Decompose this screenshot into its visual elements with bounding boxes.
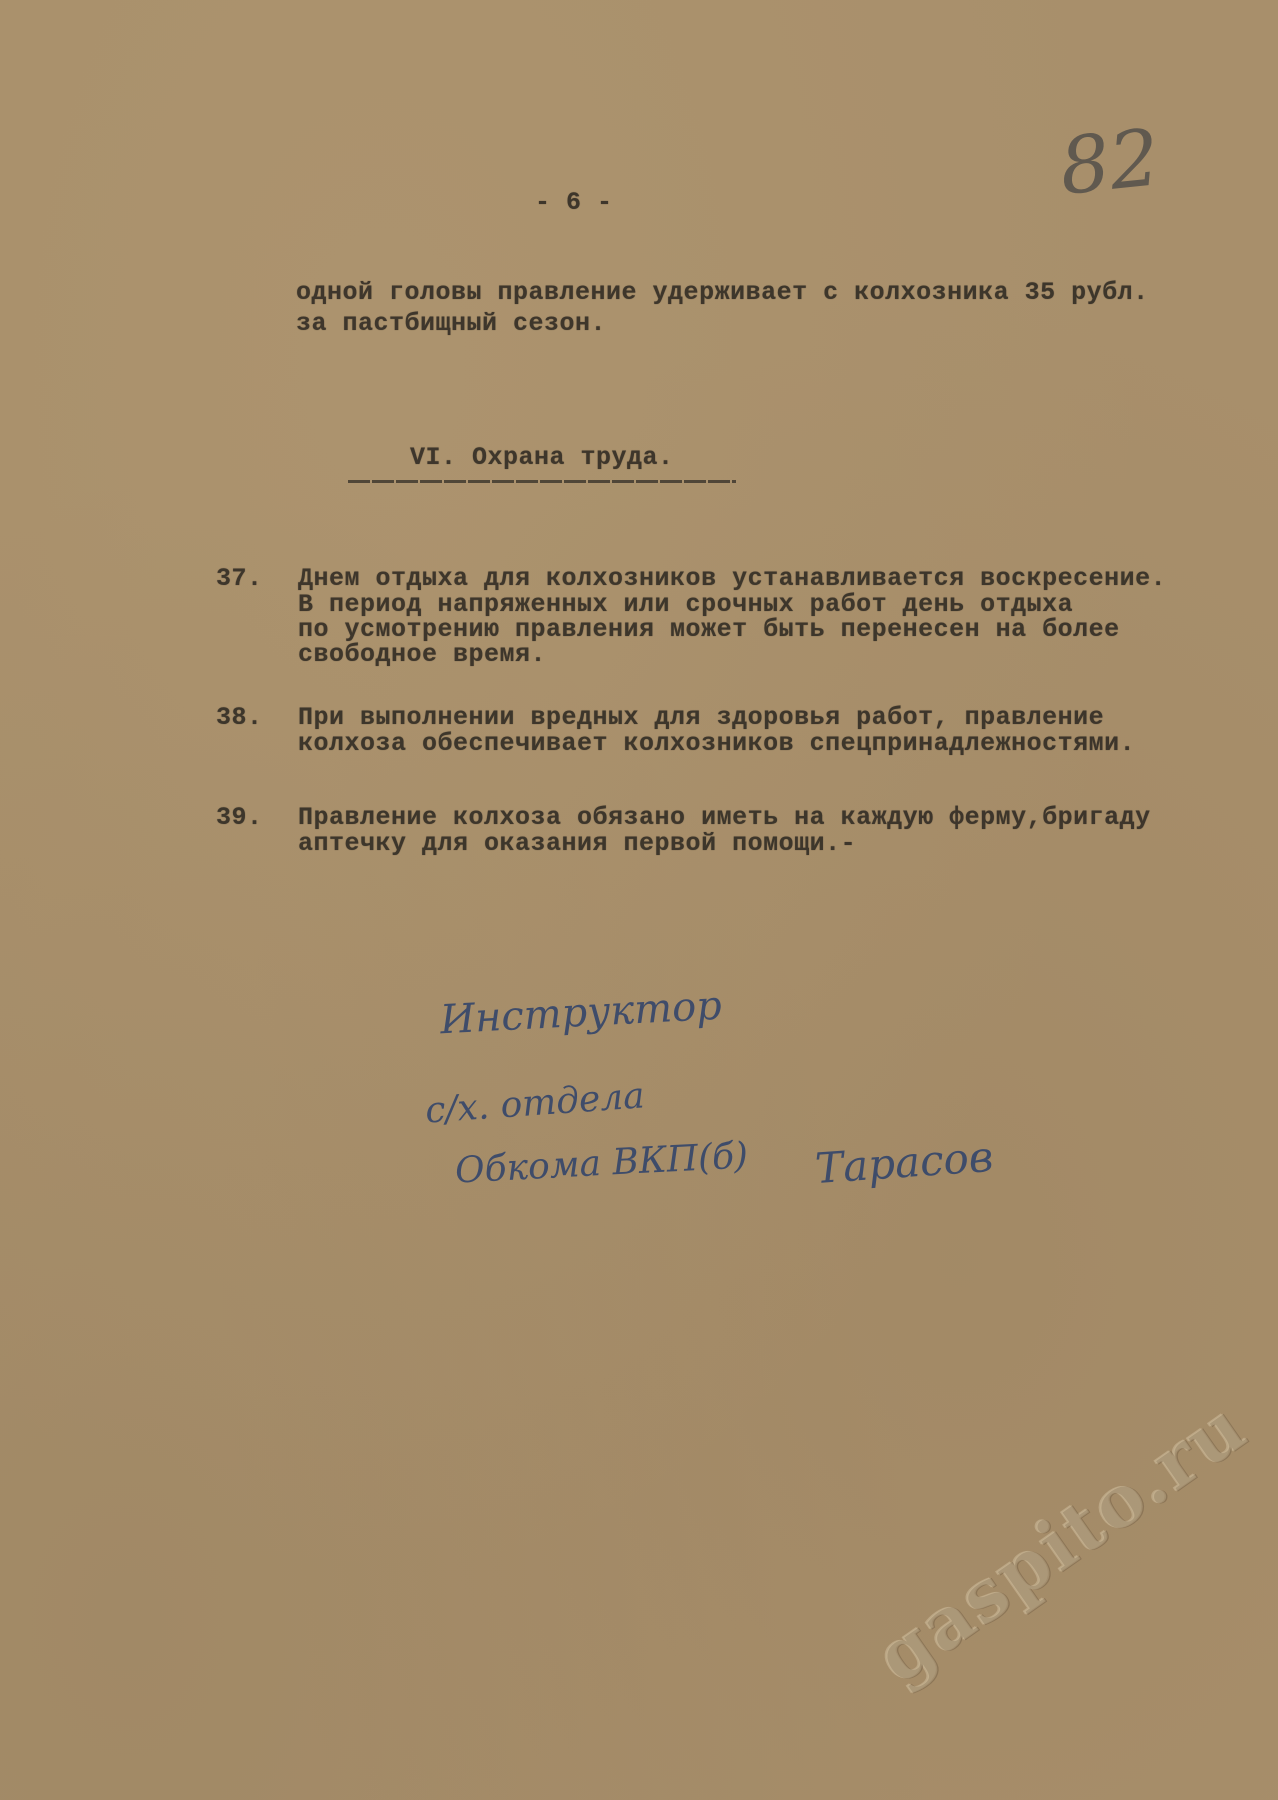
item-text-line: свободное время. (298, 640, 546, 669)
item-text-line: Правление колхоза обязано иметь на кажду… (298, 803, 1151, 832)
item-number: 39. (216, 803, 263, 832)
item-number: 38. (216, 703, 263, 732)
item-text-line: аптечку для оказания первой помощи.- (298, 829, 856, 858)
section-title: VI. Охрана труда. (410, 443, 674, 472)
watermark-embossed: gaspito.ru (860, 1383, 1261, 1700)
handwritten-signature: Тарасов (814, 1132, 995, 1193)
item-number: 37. (216, 564, 263, 593)
item-text-line: Днем отдыха для колхозников устанавливае… (298, 564, 1166, 593)
signatory-title-line: Инструктор (439, 983, 723, 1044)
item-text-line: При выполнении вредных для здоровья рабо… (298, 703, 1104, 732)
continuation-line: одной головы правление удерживает с колх… (296, 278, 1149, 307)
page-number: - 6 - (535, 188, 613, 217)
section-underline (348, 480, 736, 483)
signatory-title-line: Обкома ВКП(б) (454, 1135, 749, 1191)
folio-number-pencil: 82 (1056, 113, 1164, 213)
signatory-title-line: с/х. отдела (424, 1075, 646, 1131)
archival-document-page: 82 - 6 - одной головы правление удержива… (0, 0, 1278, 1800)
continuation-line: за пастбищный сезон. (296, 309, 606, 338)
item-text-line: колхоза обеспечивает колхозников спецпри… (298, 729, 1135, 758)
